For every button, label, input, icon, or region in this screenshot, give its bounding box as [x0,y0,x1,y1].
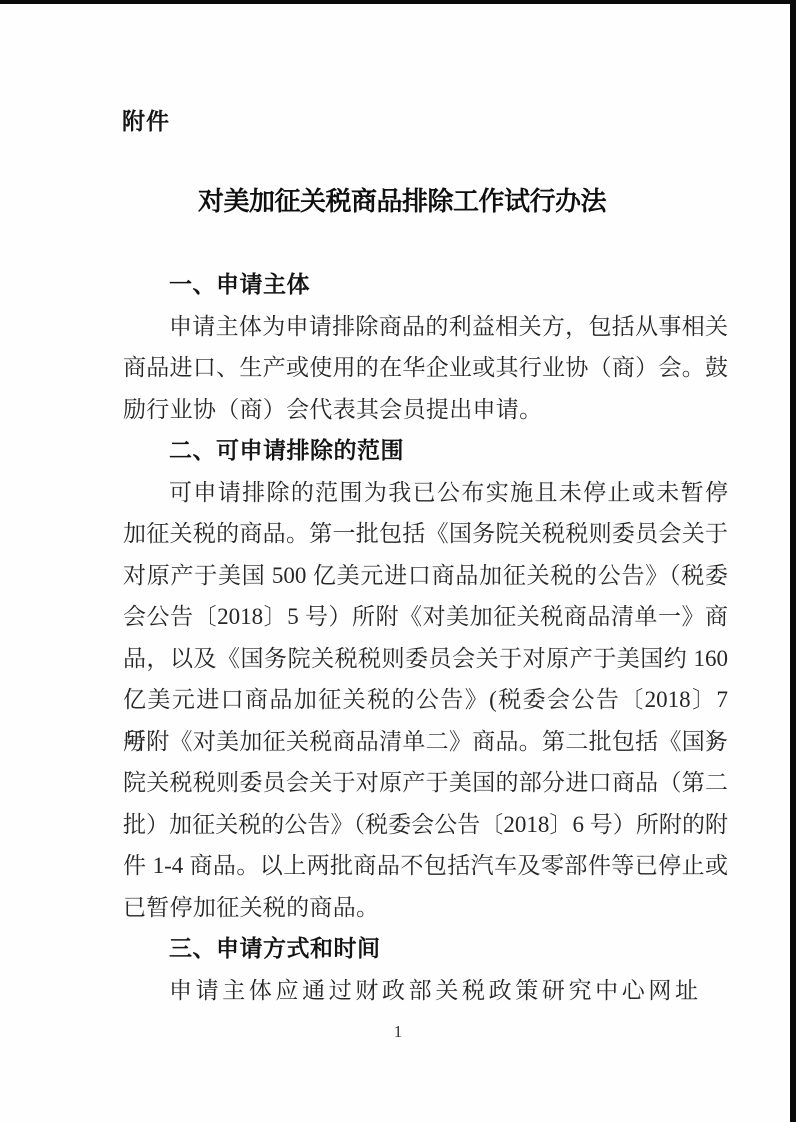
body-line: 已暂停加征关税的商品。 [123,887,728,929]
body-line: 院关税税则委员会关于对原产于美国的部分进口商品（第二 [123,762,728,804]
body-line: 品，以及《国务院关税税则委员会关于对原产于美国约 160 [123,638,728,680]
scan-edge-top-bar [0,0,796,4]
scan-edge-right-bar [790,0,796,1122]
scanned-document-page: 附件 对美加征关税商品排除工作试行办法 一、申请主体 申请主体为申请排除商品的利… [0,0,796,1122]
section-3-heading: 三、申请方式和时间 [123,928,728,970]
body-line: 所附《对美加征关税商品清单二》商品。第二批包括《国务 [123,721,728,763]
body-line: 励行业协（商）会代表其会员提出申请。 [123,389,728,431]
body-line: 批）加征关税的公告》（税委会公告〔2018〕6 号）所附的附 [123,804,728,846]
attachment-label: 附件 [122,103,170,136]
body-line: 可申请排除的范围为我已公布实施且未停止或未暂停 [123,472,728,514]
body-line: 加征关税的商品。第一批包括《国务院关税税则委员会关于 [123,513,728,555]
document-title: 对美加征关税商品排除工作试行办法 [4,181,796,218]
body-line: 申请主体应通过财政部关税政策研究中心网址 [123,970,728,1012]
document-body: 一、申请主体 申请主体为申请排除商品的利益相关方，包括从事相关 商品进口、生产或… [123,264,728,1011]
section-2-heading: 二、可申请排除的范围 [123,430,728,472]
page-number: 1 [0,1022,796,1042]
body-line: 亿美元进口商品加征关税的公告》(税委会公告〔2018〕7 号） [123,679,728,721]
body-line: 申请主体为申请排除商品的利益相关方，包括从事相关 [123,306,728,348]
body-line: 件 1-4 商品。以上两批商品不包括汽车及零部件等已停止或 [123,845,728,887]
body-line: 会公告〔2018〕5 号）所附《对美加征关税商品清单一》商 [123,596,728,638]
section-1-heading: 一、申请主体 [123,264,728,306]
body-line: 商品进口、生产或使用的在华企业或其行业协（商）会。鼓 [123,347,728,389]
body-line: 对原产于美国 500 亿美元进口商品加征关税的公告》（税委 [123,555,728,597]
